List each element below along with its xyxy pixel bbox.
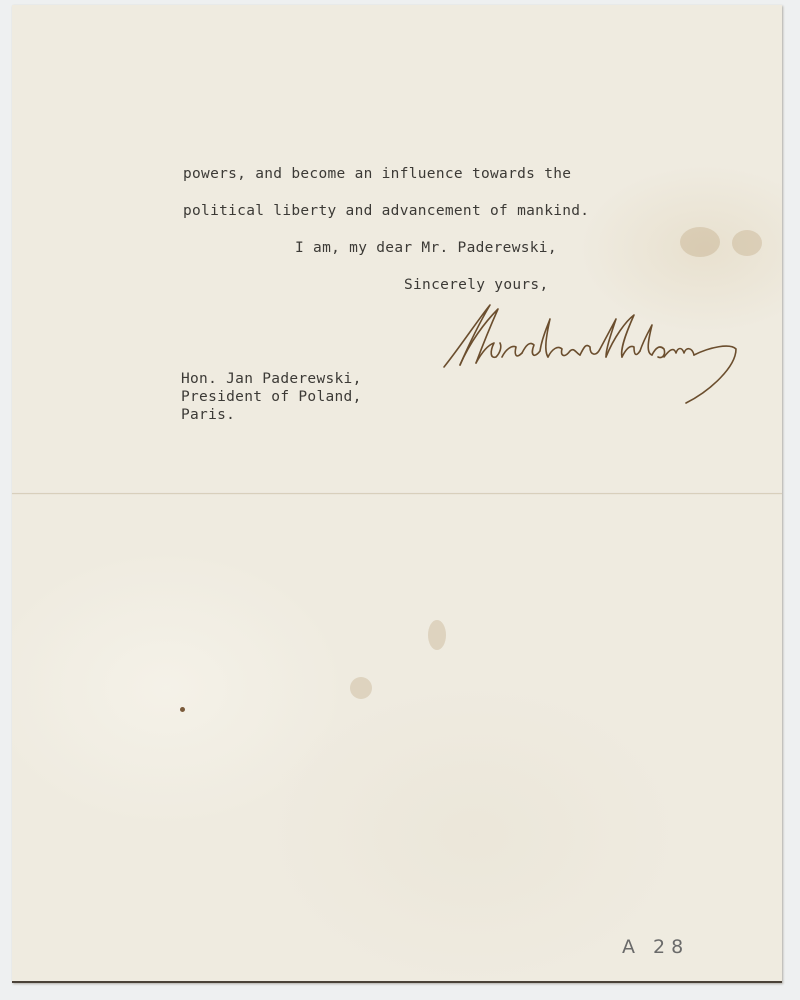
archive-mark: A 28: [622, 936, 689, 958]
stain: [350, 677, 372, 699]
letter-page: powers, and become an influence towards …: [12, 5, 782, 983]
signature-woodrow-wilson: [430, 297, 750, 417]
body-line-1: powers, and become an influence towards …: [183, 165, 571, 183]
closing: Sincerely yours,: [404, 276, 548, 294]
recipient-name: Hon. Jan Paderewski,: [181, 370, 362, 388]
recipient-city: Paris.: [181, 406, 235, 424]
stain: [732, 230, 762, 256]
ink-spot: [180, 707, 185, 712]
recipient-title: President of Poland,: [181, 388, 362, 406]
stain: [680, 227, 720, 257]
fold-crease: [12, 492, 782, 495]
body-line-2: political liberty and advancement of man…: [183, 202, 589, 220]
stain: [428, 620, 446, 650]
salutation-close: I am, my dear Mr. Paderewski,: [295, 239, 557, 257]
